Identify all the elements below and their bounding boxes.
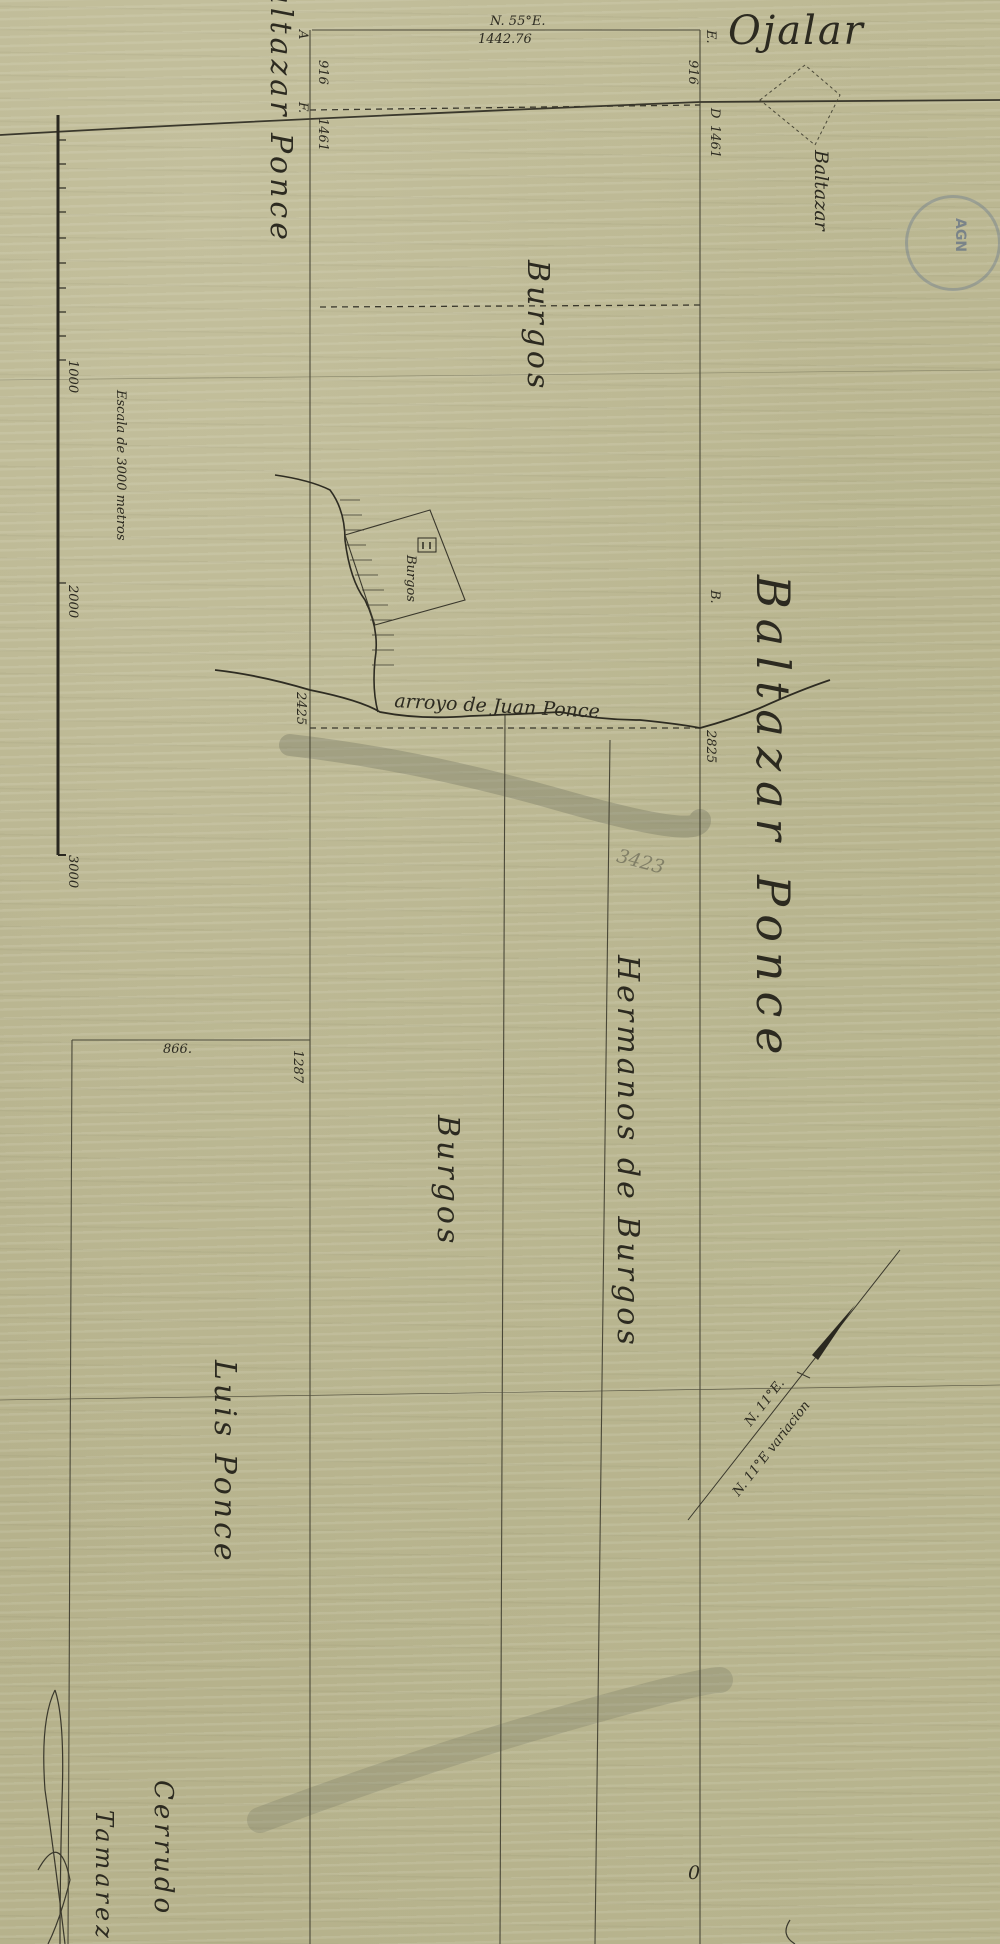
signature-tamarez: Tamarez xyxy=(90,1810,118,1942)
baltazar-parcel xyxy=(760,65,840,145)
scale-tick-3000: 3000 xyxy=(65,855,80,888)
owner-label-baltazar-ponce-left: Baltazar Ponce xyxy=(263,0,298,244)
archive-stamp: AGN xyxy=(905,195,1000,291)
corner-letter-f: F. xyxy=(295,102,310,113)
measure-d: 1461 xyxy=(707,125,722,158)
measure-de: 916 xyxy=(685,60,700,85)
corner-letter-b: B. xyxy=(707,590,722,604)
house-label-burgos: Burgos xyxy=(403,555,418,602)
owner-label-baltazar-parcel: Baltazar xyxy=(810,150,832,231)
corner-letter-a: A xyxy=(295,30,310,39)
parcel-boundaries xyxy=(0,30,1000,1944)
signature-cerrudo: Cerrudo xyxy=(148,1780,178,1917)
measure-f-top: 916 xyxy=(315,60,330,85)
measure-origin: 0 xyxy=(688,1862,700,1884)
corner-letter-e: E. xyxy=(703,30,718,44)
measure-stream-left: 2425 xyxy=(293,692,308,725)
measure-lower-left: 866. xyxy=(163,1042,192,1057)
owner-label-burgos-upper: Burgos xyxy=(520,260,555,392)
historical-survey-map: AGN Ojalar Baltazar Baltazar Ponce Balta… xyxy=(0,0,1000,1944)
map-linework xyxy=(0,0,1000,1944)
scale-bar xyxy=(58,115,66,855)
owner-label-hermanos-de-burgos: Hermanos de Burgos xyxy=(610,955,645,1349)
scale-tick-2000: 2000 xyxy=(65,585,80,618)
compass-needle xyxy=(688,1250,900,1520)
owner-label-luis-ponce: Luis Ponce xyxy=(207,1360,242,1565)
stream-hachures xyxy=(340,500,394,665)
measure-f: 1461 xyxy=(315,118,330,151)
owner-label-ojalar: Ojalar xyxy=(728,8,865,54)
tributary-stream xyxy=(275,475,378,712)
scale-tick-1000: 1000 xyxy=(65,360,80,393)
owner-label-baltazar-ponce: Baltazar Ponce xyxy=(746,575,800,1065)
measure-lower-vertical: 1287 xyxy=(290,1050,305,1083)
measure-stream-right: 2825 xyxy=(703,730,718,763)
bearing-top: N. 55°E. xyxy=(490,14,545,29)
corner-letter-d: D xyxy=(707,108,722,118)
owner-label-burgos-lower: Burgos xyxy=(430,1115,465,1247)
scale-title: Escala de 3000 metros xyxy=(113,390,128,541)
house-icon xyxy=(418,538,436,552)
dashed-survey-lines xyxy=(310,105,700,728)
distance-top: 1442.76 xyxy=(478,32,532,47)
